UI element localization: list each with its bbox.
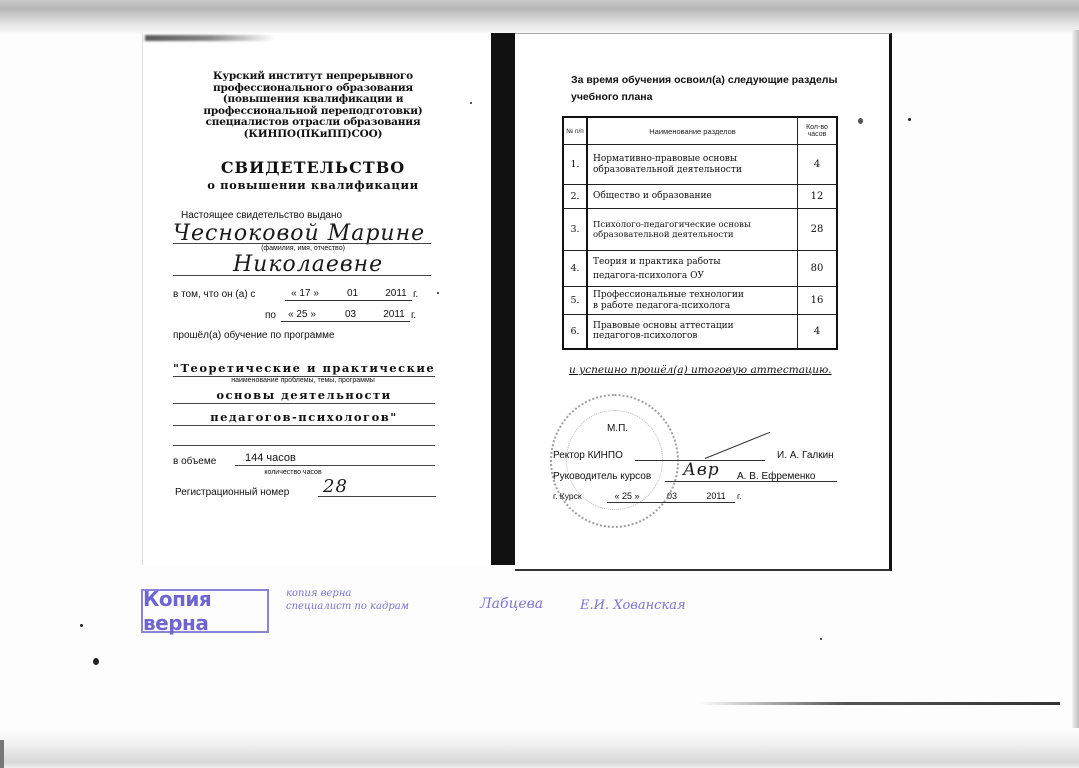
to-month: 03	[323, 309, 378, 322]
volume-caption: количество часов	[253, 469, 333, 476]
rector-signature-stroke	[705, 432, 770, 459]
certificate-title: СВИДЕТЕЛЬСТВО	[143, 158, 483, 177]
scan-bottom-shadow	[0, 728, 1079, 768]
scan-speck	[820, 638, 822, 640]
seal-label: М.П.	[607, 423, 628, 434]
table-row: 3. Психолого-педагогические основы образ…	[563, 209, 837, 251]
recipient-patronymic-handwritten: Николаевне	[233, 252, 383, 277]
volume-underline	[235, 465, 435, 466]
institute-name: Курский институт непрерывного профессион…	[143, 71, 483, 140]
volume-value: 144 часов	[245, 452, 296, 464]
scan-speck	[470, 102, 472, 104]
volume-label: в объеме	[173, 456, 216, 467]
scan-top-shadow	[0, 0, 1079, 34]
official-seal	[550, 394, 679, 528]
certificate-right-page: За время обучения освоил(а) следующие ра…	[515, 33, 892, 571]
scan-speck	[80, 624, 83, 627]
certificate-left-page: Курский институт непрерывного профессион…	[142, 33, 492, 565]
issue-year: 2011	[697, 490, 735, 503]
header-name: Наименование разделов	[587, 117, 798, 145]
name-underline	[173, 243, 431, 244]
head-name: А. В. Ефременко	[737, 471, 815, 482]
registration-underline	[318, 496, 436, 497]
sections-table: № п/п Наименование разделов Кол-во часов…	[562, 116, 838, 350]
from-month: 01	[325, 288, 380, 301]
issue-year-suffix: г.	[737, 491, 741, 501]
from-day: « 17 »	[285, 288, 325, 301]
document-spine	[491, 33, 515, 565]
program-underline-2	[173, 403, 435, 404]
to-year-suffix: г.	[411, 310, 416, 321]
table-header-row: № п/п Наименование разделов Кол-во часов	[563, 117, 837, 145]
rector-name: И. А. Галкин	[777, 450, 834, 461]
stamp-signer-name: Е.И. Хованская	[580, 598, 686, 613]
table-row: 6. Правовые основы аттестации педагогов-…	[563, 315, 837, 349]
header-num: № п/п	[563, 117, 587, 145]
registration-label: Регистрационный номер	[175, 487, 289, 498]
table-row: 5. Профессиональные технологии в работе …	[563, 287, 837, 315]
program-underline-4	[173, 445, 435, 446]
stamp-note-line1: копия верна	[286, 588, 351, 599]
table-row: 2. Общество и образование 12	[563, 185, 837, 209]
stamp-signature: Лабцева	[480, 596, 543, 612]
scan-smear	[145, 35, 275, 41]
head-signature: Авр	[683, 460, 720, 480]
scan-right-edge	[1072, 30, 1079, 730]
issue-day: « 25 »	[607, 490, 647, 503]
head-label: Руководитель курсов	[553, 471, 651, 482]
program-label: прошёл(а) обучение по программе	[173, 330, 335, 341]
scan-left-edge	[0, 740, 4, 768]
scan-speck	[858, 118, 863, 124]
period-from-label: в том, что он (а) с	[173, 289, 255, 300]
certificate-subtitle: о повышении квалификации	[143, 178, 483, 192]
period-to-label: по	[265, 310, 276, 321]
program-underline-3	[173, 425, 435, 426]
scan-speck	[908, 118, 911, 121]
rector-label: Ректор КИНПО	[553, 450, 623, 461]
fio-caption: (фамилия, имя, отчество)	[243, 245, 363, 252]
to-day: « 25 »	[281, 309, 323, 322]
scan-speck	[437, 292, 439, 294]
city-label: г. Курск	[553, 491, 582, 501]
issued-to-label: Настоящее свидетельство выдано	[181, 210, 342, 221]
patronymic-underline	[173, 275, 431, 276]
program-caption: наименование проблемы, темы, программы	[203, 377, 403, 384]
stamp-note-line2: специалист по кадрам	[286, 601, 409, 612]
copy-verified-stamp: Копия верна	[141, 589, 269, 633]
scan-bottom-line	[700, 702, 1060, 705]
header-hours: Кол-во часов	[798, 117, 838, 145]
to-year: 2011	[378, 309, 410, 322]
from-year: 2011	[380, 288, 412, 301]
from-year-suffix: г.	[413, 289, 418, 300]
attestation-text: и успешно прошёл(а) итоговую аттестацию.	[569, 364, 832, 376]
program-title-line3: педагогов-психологов"	[173, 410, 435, 424]
sections-intro: За время обучения освоил(а) следующие ра…	[571, 72, 851, 106]
issue-month: 03	[647, 490, 697, 503]
table-row: 1. Нормативно-правовые основы образовате…	[563, 145, 837, 185]
registration-number: 28	[323, 476, 348, 497]
program-title-line1: "Теоретические и практические	[173, 361, 435, 375]
scan-speck	[93, 658, 99, 665]
table-row: 4. Теория и практика работы педагога-пси…	[563, 251, 837, 287]
program-title-line2: основы деятельности	[173, 388, 435, 402]
